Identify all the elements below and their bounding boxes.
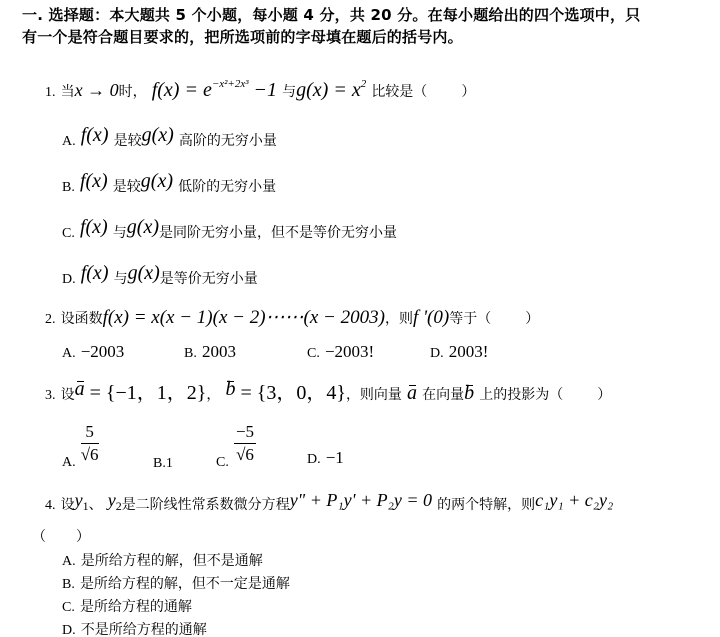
answer-paren-open: （ xyxy=(32,529,46,545)
stem-text: 时， xyxy=(119,84,147,100)
option-text: 低阶的无穷小量 xyxy=(178,179,276,195)
question-number: 4. xyxy=(45,498,56,513)
option-text: 是同阶无穷小量，但不是等价无穷小量 xyxy=(159,225,397,241)
option-label: B. xyxy=(62,180,75,195)
answer-paren-open: 比较是（ xyxy=(371,84,427,100)
option-text: 是较 xyxy=(114,133,142,149)
q4-option-c[interactable]: C. 是所给方程的通解 xyxy=(62,596,192,616)
q4-option-d[interactable]: D. 不是所给方程的通解 xyxy=(62,619,207,637)
math-g: g(x) xyxy=(141,170,173,192)
option-label: C. xyxy=(62,600,75,615)
option-label: C. xyxy=(216,455,229,470)
answer-paren-close: ） xyxy=(525,311,539,327)
option-label: C. xyxy=(62,226,75,241)
option-label: A. xyxy=(62,346,76,361)
math-f-product: f(x) = x(x − 1)(x − 2)⋯⋯(x − 2003) xyxy=(103,307,385,328)
option-label: D. xyxy=(307,452,321,467)
question-4-answer-paren: （） xyxy=(32,526,90,546)
vector-b: b xyxy=(225,378,235,401)
option-text: 是所给方程的解，但不一定是通解 xyxy=(80,576,290,592)
option-text: 与 xyxy=(113,225,127,241)
math-f: f(x) xyxy=(80,216,108,238)
vector-a: a xyxy=(407,382,417,405)
math-f-definition: f(x) = e−x²+2x³ −1 xyxy=(152,79,277,101)
q4-option-a[interactable]: A. 是所给方程的解，但不是通解 xyxy=(62,550,263,570)
math-f: f(x) xyxy=(81,124,109,146)
option-label: B. xyxy=(184,346,197,361)
option-label: C. xyxy=(307,346,320,361)
option-label: A. xyxy=(62,455,76,470)
stem-text: 当 xyxy=(61,84,75,100)
option-text: 是等价无穷小量 xyxy=(160,271,258,287)
answer-paren-close: ） xyxy=(461,84,475,100)
option-label: A. xyxy=(62,554,76,569)
section-header-line1: 一. 选择题：本大题共 5 个小题，每小题 4 分，共 20 分。在每小题给出的… xyxy=(22,4,640,25)
option-text: 高阶的无穷小量 xyxy=(179,133,277,149)
option-label: B. xyxy=(153,456,166,471)
math-y1: y1 xyxy=(75,490,89,510)
stem-text: 的两个特解，则 xyxy=(437,497,535,513)
stem-text: 在向量 xyxy=(422,387,464,403)
option-value: 2003! xyxy=(449,342,489,361)
math-f-prime-0: f '(0) xyxy=(413,307,449,328)
set-a: = {−1，1，2} xyxy=(85,382,207,404)
option-text: 是所给方程的通解 xyxy=(80,599,192,615)
question-1-stem: 1. 当x → 0时， f(x) = e−x²+2x³ −1 与g(x) = x… xyxy=(45,78,475,102)
answer-paren-close: ） xyxy=(597,387,611,403)
math-linear-combination: c₁y₁ + c₂y₂ xyxy=(535,490,613,510)
stem-text: 与 xyxy=(282,84,296,100)
question-number: 3. xyxy=(45,388,56,403)
stem-text: 设函数 xyxy=(61,311,103,327)
q2-option-b[interactable]: B. 2003 xyxy=(184,342,236,362)
option-label: D. xyxy=(430,346,444,361)
math-y2: y2 xyxy=(108,490,122,510)
q2-option-a[interactable]: A. −2003 xyxy=(62,342,124,362)
option-label: D. xyxy=(62,623,76,637)
answer-paren-close: ） xyxy=(76,529,90,545)
fraction: −5√6 xyxy=(234,422,256,465)
question-number: 1. xyxy=(45,85,56,100)
q3-option-c[interactable]: C. −5√6 xyxy=(216,422,256,471)
q1-option-a[interactable]: A. f(x) 是较g(x) 高阶的无穷小量 xyxy=(62,124,277,150)
question-3-stem: 3. 设a = {−1，1，2}， b = {3，0，4}，则向量 a 在向量b… xyxy=(45,376,611,405)
q3-option-a[interactable]: A. 5√6 xyxy=(62,422,99,471)
option-label: B. xyxy=(62,577,75,592)
q1-option-b[interactable]: B. f(x) 是较g(x) 低阶的无穷小量 xyxy=(62,170,276,196)
q4-option-b[interactable]: B. 是所给方程的解，但不一定是通解 xyxy=(62,573,290,593)
question-2-stem: 2. 设函数f(x) = x(x − 1)(x − 2)⋯⋯(x − 2003)… xyxy=(45,306,539,329)
option-text: 与 xyxy=(114,271,128,287)
option-value: −2003 xyxy=(81,342,125,361)
separator: ， xyxy=(206,387,220,403)
option-text: 是较 xyxy=(113,179,141,195)
math-f: f(x) xyxy=(81,262,109,284)
q2-option-c[interactable]: C. −2003! xyxy=(307,342,374,362)
separator: 、 xyxy=(89,497,103,513)
stem-text: 设 xyxy=(61,497,75,513)
q1-option-c[interactable]: C. f(x) 与g(x)是同阶无穷小量，但不是等价无穷小量 xyxy=(62,216,397,242)
q3-option-b[interactable]: B.1 xyxy=(153,452,173,472)
stem-text: ，则 xyxy=(385,311,413,327)
answer-paren-open: 上的投影为（ xyxy=(479,387,563,403)
option-value: 2003 xyxy=(202,342,236,361)
section-header-line2: 有一个是符合题目要求的，把所选项前的字母填在题后的括号内。 xyxy=(22,26,463,47)
math-g-definition: g(x) = x2 xyxy=(296,79,366,101)
math-differential-equation: y" + P₁y' + P₂y = 0 xyxy=(290,490,432,510)
stem-text: 设 xyxy=(61,387,75,403)
math-g: g(x) xyxy=(127,216,159,238)
stem-text: ，则向量 xyxy=(346,387,402,403)
stem-text: 是二阶线性常系数微分方程 xyxy=(122,497,290,513)
option-value: 1 xyxy=(166,456,173,471)
math-g: g(x) xyxy=(142,124,174,146)
question-number: 2. xyxy=(45,312,56,327)
vector-b: b xyxy=(464,382,474,405)
option-label: A. xyxy=(62,134,76,149)
fraction: 5√6 xyxy=(81,422,99,465)
question-4-stem: 4. 设y1、 y2是二阶线性常系数微分方程y" + P₁y' + P₂y = … xyxy=(45,490,613,514)
option-value: −1 xyxy=(326,448,344,467)
option-text: 是所给方程的解，但不是通解 xyxy=(81,553,263,569)
q2-option-d[interactable]: D. 2003! xyxy=(430,342,488,362)
math-f: f(x) xyxy=(80,170,108,192)
math-limit: x → 0 xyxy=(75,80,119,100)
option-text: 不是所给方程的通解 xyxy=(81,622,207,637)
answer-paren-open: 等于（ xyxy=(449,311,491,327)
q1-option-d[interactable]: D. f(x) 与g(x)是等价无穷小量 xyxy=(62,262,258,288)
set-b: = {3，0，4} xyxy=(235,382,345,404)
option-label: D. xyxy=(62,272,76,287)
vector-a: a xyxy=(75,378,85,401)
q3-option-d[interactable]: D. −1 xyxy=(307,448,344,468)
math-g: g(x) xyxy=(128,262,160,284)
option-value: −2003! xyxy=(325,342,374,361)
